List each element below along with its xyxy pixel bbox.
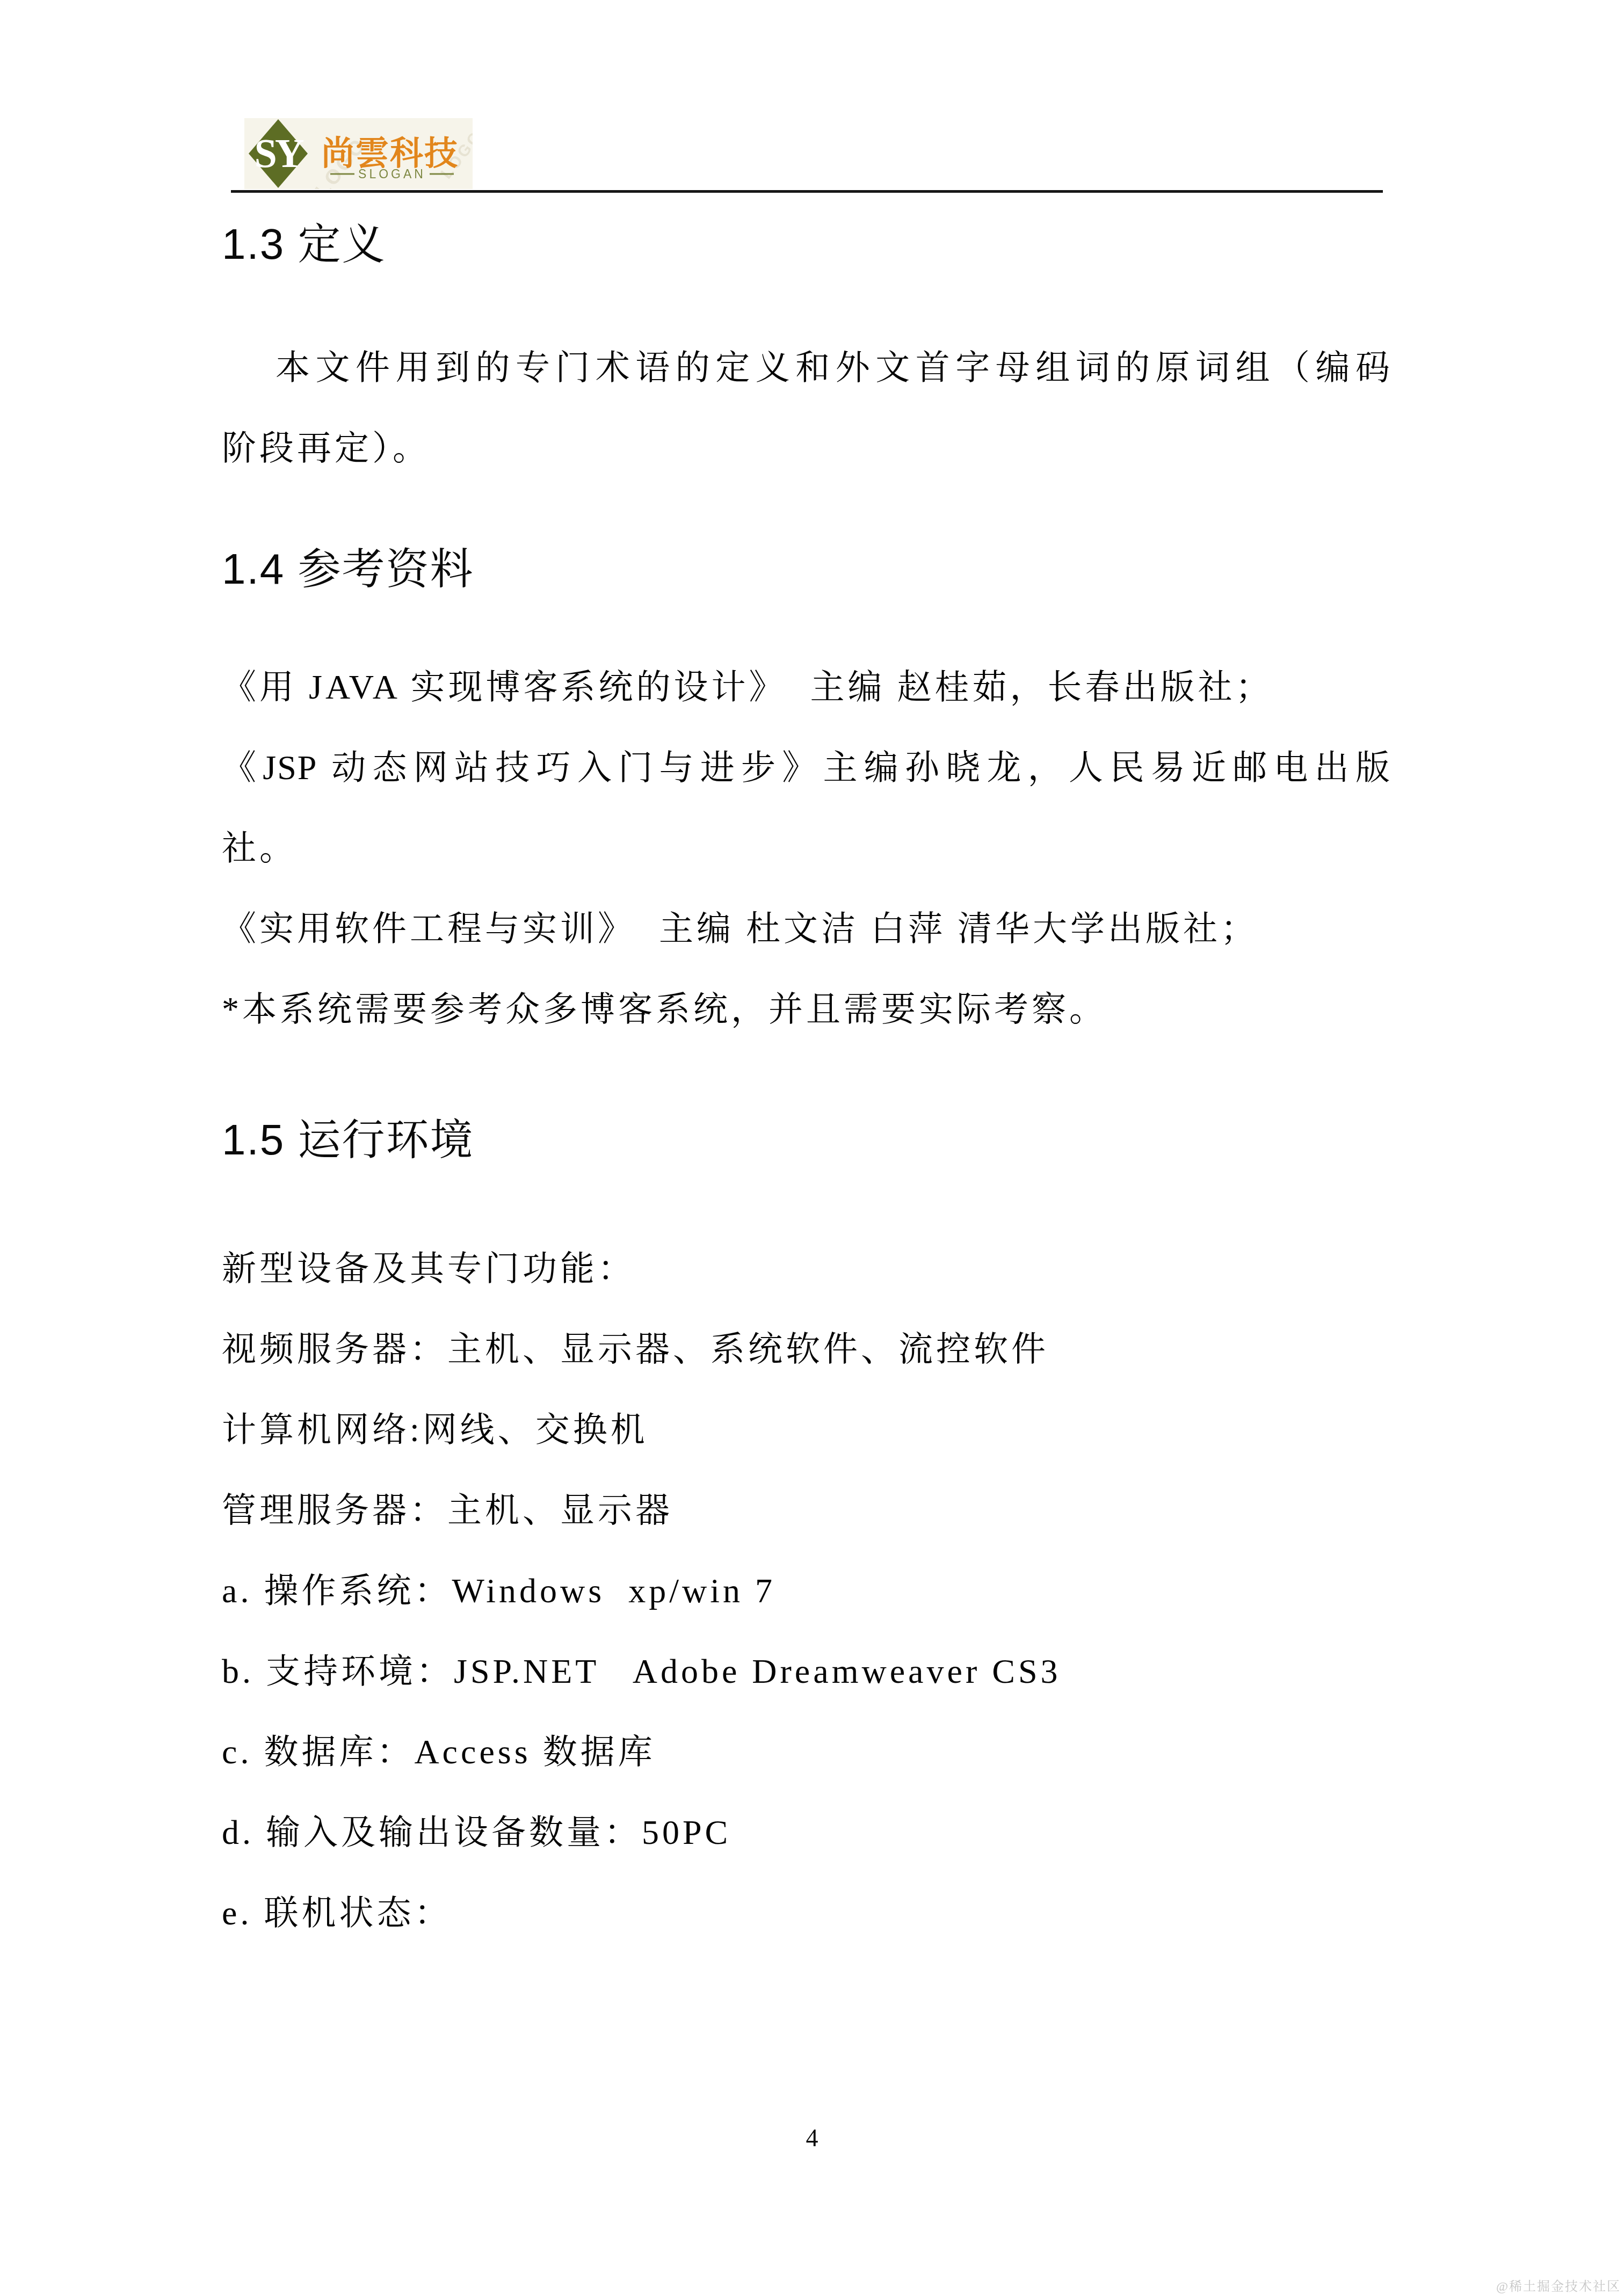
logo-monogram: SY	[254, 131, 303, 176]
environment-line: 视频服务器：主机、显示器、系统软件、流控软件	[222, 1309, 1391, 1390]
environment-line: 新型设备及其专门功能：	[222, 1229, 1391, 1309]
section-title-references: 1.4 参考资料	[222, 540, 1391, 599]
environment-line: 计算机网络:网线、交换机	[222, 1390, 1391, 1470]
environment-line: 管理服务器：主机、显示器	[222, 1470, 1391, 1551]
company-logo-graphic: LOGO LOGO SY 尚雲科技 SLOGAN	[244, 118, 473, 189]
environment-item-b: b. 支持环境：JSP.NET Adobe Dreamweaver CS3	[222, 1631, 1391, 1712]
document-page: LOGO LOGO SY 尚雲科技 SLOGAN 1.3 定义 本文件用到的专门…	[0, 0, 1624, 2296]
logo-slogan-text: SLOGAN	[358, 167, 426, 181]
page-number: 4	[0, 2122, 1624, 2154]
reference-line: 《用 JAVA 实现博客系统的设计》 主编 赵桂茹，长春出版社；	[222, 647, 1391, 728]
reference-line: 《实用软件工程与实训》 主编 杜文洁 白萍 清华大学出版社；	[222, 889, 1391, 969]
section-title-runtime-environment: 1.5 运行环境	[222, 1110, 1391, 1169]
reference-line: *本系统需要参考众多博客系统，并且需要实际考察。	[222, 969, 1391, 1050]
section-title-definitions: 1.3 定义	[222, 215, 1391, 274]
site-watermark: @稀土掘金技术社区	[1496, 2276, 1621, 2294]
environment-item-c: c. 数据库：Access 数据库	[222, 1712, 1391, 1792]
document-body: 1.3 定义 本文件用到的专门术语的定义和外文首字母组词的原词组（编码 阶段再定…	[222, 215, 1391, 1953]
environment-item-d: d. 输入及输出设备数量：50PC	[222, 1792, 1391, 1873]
environment-item-a: a. 操作系统：Windows xp/win 7	[222, 1551, 1391, 1631]
paragraph-line: 本文件用到的专门术语的定义和外文首字母组词的原词组（编码	[222, 328, 1391, 408]
reference-line: 社。	[222, 808, 1391, 889]
paragraph-line: 阶段再定）。	[222, 408, 1391, 489]
reference-line: 《JSP 动态网站技巧入门与进步》主编孙晓龙，人民易近邮电出版	[222, 728, 1391, 808]
header-divider	[231, 190, 1383, 193]
company-logo: LOGO LOGO SY 尚雲科技 SLOGAN	[244, 118, 473, 189]
environment-item-e: e. 联机状态：	[222, 1873, 1391, 1953]
